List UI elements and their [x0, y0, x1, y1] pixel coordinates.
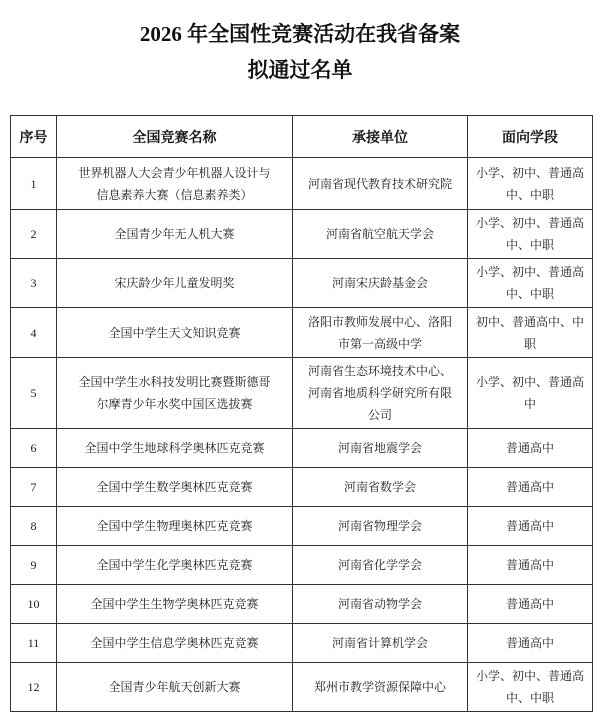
competition-name-cell: 全国青少年航天创新大赛 — [57, 663, 293, 712]
table-row: 11全国中学生信息学奥林匹克竞赛河南省计算机学会普通高中 — [11, 624, 593, 663]
competition-name-cell: 全国中学生天文知识竞赛 — [57, 308, 293, 358]
row-number-cell: 11 — [11, 624, 57, 663]
row-number-cell: 4 — [11, 308, 57, 358]
school-stage-cell: 普通高中 — [468, 585, 593, 624]
page-title-line-2: 拟通过名单 — [0, 52, 600, 88]
row-number-cell: 2 — [11, 210, 57, 259]
host-unit-cell: 河南省物理学会 — [293, 507, 468, 546]
table-row: 3宋庆龄少年儿童发明奖河南宋庆龄基金会小学、初中、普通高中、中职 — [11, 259, 593, 308]
table-row: 4全国中学生天文知识竞赛洛阳市教师发展中心、洛阳市第一高级中学初中、普通高中、中… — [11, 308, 593, 358]
competitions-table: 序号 全国竞赛名称 承接单位 面向学段 1世界机器人大会青少年机器人设计与信息素… — [10, 115, 593, 712]
row-number-cell: 7 — [11, 468, 57, 507]
school-stage-cell: 小学、初中、普通高中 — [468, 358, 593, 429]
table-row: 5全国中学生水科技发明比赛暨斯德哥尔摩青少年水奖中国区选拔赛河南省生态环境技术中… — [11, 358, 593, 429]
column-header-number: 序号 — [11, 116, 57, 158]
page-title: 2026 年全国性竞赛活动在我省备案 拟通过名单 — [0, 0, 600, 88]
competition-name-cell: 宋庆龄少年儿童发明奖 — [57, 259, 293, 308]
column-header-host-unit: 承接单位 — [293, 116, 468, 158]
table-body: 1世界机器人大会青少年机器人设计与信息素养大赛（信息素养类）河南省现代教育技术研… — [11, 158, 593, 712]
host-unit-cell: 河南省数学会 — [293, 468, 468, 507]
row-number-cell: 10 — [11, 585, 57, 624]
host-unit-cell: 河南省动物学会 — [293, 585, 468, 624]
competition-name-cell: 全国中学生地球科学奥林匹克竞赛 — [57, 429, 293, 468]
school-stage-cell: 小学、初中、普通高中、中职 — [468, 663, 593, 712]
host-unit-cell: 洛阳市教师发展中心、洛阳市第一高级中学 — [293, 308, 468, 358]
table-row: 12全国青少年航天创新大赛郑州市教学资源保障中心小学、初中、普通高中、中职 — [11, 663, 593, 712]
school-stage-cell: 普通高中 — [468, 468, 593, 507]
school-stage-cell: 普通高中 — [468, 546, 593, 585]
table-row: 9全国中学生化学奥林匹克竞赛河南省化学学会普通高中 — [11, 546, 593, 585]
host-unit-cell: 河南省现代教育技术研究院 — [293, 158, 468, 210]
row-number-cell: 8 — [11, 507, 57, 546]
competition-name-cell: 全国中学生水科技发明比赛暨斯德哥尔摩青少年水奖中国区选拔赛 — [57, 358, 293, 429]
host-unit-cell: 河南宋庆龄基金会 — [293, 259, 468, 308]
row-number-cell: 12 — [11, 663, 57, 712]
competition-name-cell: 全国青少年无人机大赛 — [57, 210, 293, 259]
host-unit-cell: 河南省化学学会 — [293, 546, 468, 585]
table-row: 10全国中学生生物学奥林匹克竞赛河南省动物学会普通高中 — [11, 585, 593, 624]
competition-name-cell: 全国中学生物理奥林匹克竞赛 — [57, 507, 293, 546]
competition-name-cell: 全国中学生信息学奥林匹克竞赛 — [57, 624, 293, 663]
host-unit-cell: 河南省航空航天学会 — [293, 210, 468, 259]
host-unit-cell: 河南省计算机学会 — [293, 624, 468, 663]
table-row: 8全国中学生物理奥林匹克竞赛河南省物理学会普通高中 — [11, 507, 593, 546]
host-unit-cell: 郑州市教学资源保障中心 — [293, 663, 468, 712]
row-number-cell: 9 — [11, 546, 57, 585]
row-number-cell: 6 — [11, 429, 57, 468]
school-stage-cell: 小学、初中、普通高中、中职 — [468, 259, 593, 308]
table-row: 2全国青少年无人机大赛河南省航空航天学会小学、初中、普通高中、中职 — [11, 210, 593, 259]
row-number-cell: 3 — [11, 259, 57, 308]
table-row: 7全国中学生数学奥林匹克竞赛河南省数学会普通高中 — [11, 468, 593, 507]
row-number-cell: 5 — [11, 358, 57, 429]
school-stage-cell: 普通高中 — [468, 429, 593, 468]
table-row: 1世界机器人大会青少年机器人设计与信息素养大赛（信息素养类）河南省现代教育技术研… — [11, 158, 593, 210]
table-header: 序号 全国竞赛名称 承接单位 面向学段 — [11, 116, 593, 158]
competition-name-cell: 世界机器人大会青少年机器人设计与信息素养大赛（信息素养类） — [57, 158, 293, 210]
row-number-cell: 1 — [11, 158, 57, 210]
school-stage-cell: 初中、普通高中、中职 — [468, 308, 593, 358]
host-unit-cell: 河南省地震学会 — [293, 429, 468, 468]
school-stage-cell: 小学、初中、普通高中、中职 — [468, 210, 593, 259]
table-header-row: 序号 全国竞赛名称 承接单位 面向学段 — [11, 116, 593, 158]
table-row: 6全国中学生地球科学奥林匹克竞赛河南省地震学会普通高中 — [11, 429, 593, 468]
school-stage-cell: 普通高中 — [468, 624, 593, 663]
host-unit-cell: 河南省生态环境技术中心、河南省地质科学研究所有限公司 — [293, 358, 468, 429]
school-stage-cell: 普通高中 — [468, 507, 593, 546]
document-page: 2026 年全国性竞赛活动在我省备案 拟通过名单 序号 全国竞赛名称 承接单位 … — [0, 0, 600, 712]
school-stage-cell: 小学、初中、普通高中、中职 — [468, 158, 593, 210]
competition-name-cell: 全国中学生化学奥林匹克竞赛 — [57, 546, 293, 585]
page-title-line-1: 2026 年全国性竞赛活动在我省备案 — [0, 16, 600, 52]
column-header-competition-name: 全国竞赛名称 — [57, 116, 293, 158]
competition-name-cell: 全国中学生生物学奥林匹克竞赛 — [57, 585, 293, 624]
column-header-school-stage: 面向学段 — [468, 116, 593, 158]
competition-name-cell: 全国中学生数学奥林匹克竞赛 — [57, 468, 293, 507]
